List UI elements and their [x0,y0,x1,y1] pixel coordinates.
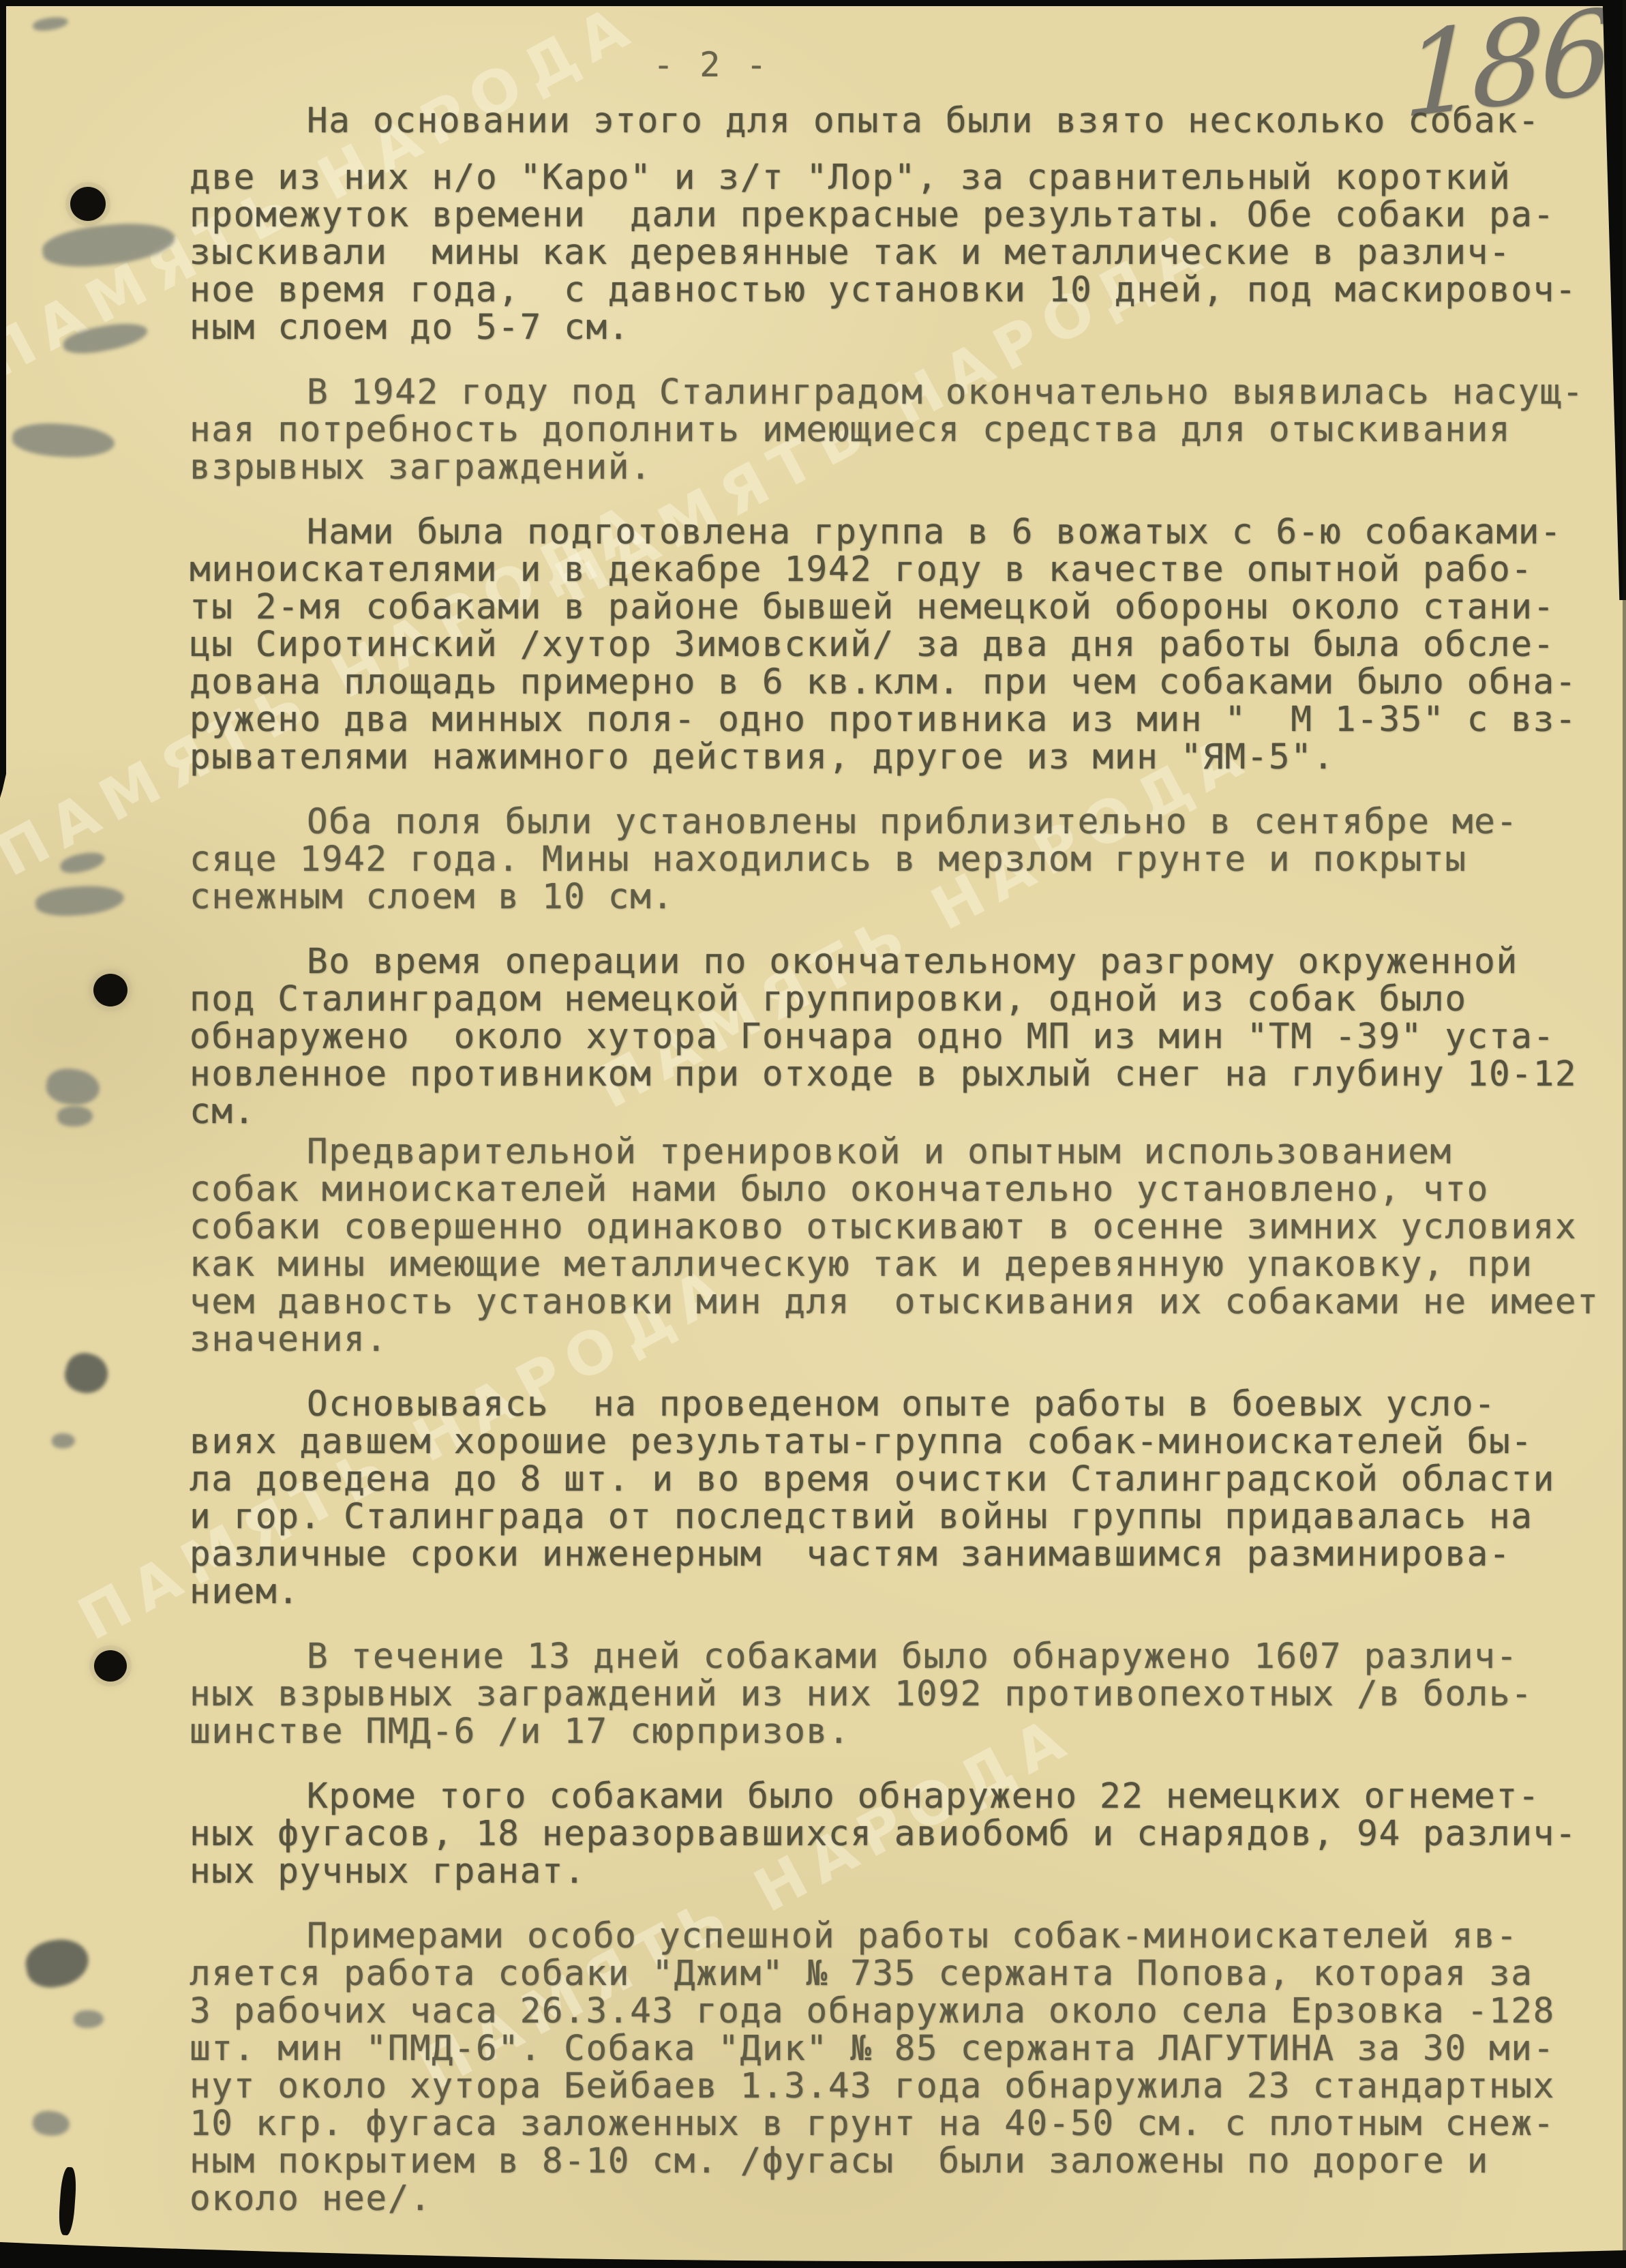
text-line: как мины имеющие металлическую так и дер… [190,1246,1621,1283]
text-line: шт. мин "ПМД-6". Собака "Дик" № 85 сержа… [190,2030,1621,2068]
text-line: В течение 13 дней собаками было обнаруже… [190,1638,1621,1675]
paragraph: Оба поля были установлены приблизительно… [190,803,1621,916]
text-line: новленное противником при отходе в рыхлы… [190,1056,1621,1093]
ink-smudge [59,849,106,876]
text-line: ляется работа собаки "Джим" № 735 сержан… [190,1955,1621,1993]
text-line: различные сроки инженерным частям занима… [190,1536,1621,1573]
paragraph: На основании этого для опыта были взято … [190,102,1621,346]
paragraph: В 1942 году под Сталинградом окончательн… [190,374,1621,486]
ink-smudge [52,1433,75,1448]
text-line: 10 кгр. фугаса заложенных в грунт на 40-… [190,2105,1621,2143]
paragraph: Предварительной тренировкой и опытным ис… [190,1133,1621,1358]
ink-smudge [61,318,149,357]
text-line: Предварительной тренировкой и опытным ис… [190,1133,1621,1171]
text-line: виях давшем хорошие результаты-группа со… [190,1423,1621,1461]
text-line: ная потребность дополнить имеющиеся сред… [190,411,1621,449]
text-line: и гор. Сталинграда от последствий войны … [190,1498,1621,1536]
paragraph: Во время операции по окончательному разг… [190,943,1621,1131]
document-body: На основании этого для опыта были взято … [190,102,1621,2245]
text-line: ным покрытием в 8-10 см. /фугасы были за… [190,2143,1621,2180]
scan-border-top [0,0,1626,6]
text-line: сяце 1942 года. Мины находились в мерзло… [190,841,1621,878]
text-line: шинстве ПМД-6 /и 17 сюрпризов. [190,1713,1621,1750]
text-line: зыскивали мины как деревянные так и мета… [190,234,1621,271]
text-line: ты 2-мя собаками в районе бывшей немецко… [190,588,1621,626]
ink-smudge [44,1066,102,1108]
text-line: 3 рабочих часа 26.3.43 года обнаружила о… [190,1993,1621,2030]
paragraph: Кроме того собаками было обнаружено 22 н… [190,1778,1621,1890]
text-line: чем давность установки мин для отыскиван… [190,1283,1621,1321]
ink-smudge [32,15,69,32]
text-line: Нами была подготовлена группа в 6 вожаты… [190,513,1621,551]
text-line: ным слоем до 5-7 см. [190,309,1621,346]
ink-smudge [22,1935,92,1992]
scan-border-left [0,0,6,798]
text-line: миноискателями и в декабре 1942 году в к… [190,551,1621,588]
text-line: значения. [190,1321,1621,1358]
text-line: собаки совершенно одинаково отыскивают в… [190,1208,1621,1246]
text-line: собак миноискателей нами было окончатель… [190,1171,1621,1208]
paragraph: Примерами особо успешной работы собак-ми… [190,1918,1621,2218]
scan-border-bottom [0,2220,1626,2268]
text-line: Примерами особо успешной работы собак-ми… [190,1918,1621,1955]
text-line: под Сталинградом немецкой группировки, о… [190,981,1621,1018]
text-line: Кроме того собаками было обнаружено 22 н… [190,1778,1621,1815]
ink-smudge [31,2109,70,2137]
ink-smudge [61,1349,112,1399]
text-line: цы Сиротинский /хутор Зимовский/ за два … [190,626,1621,663]
paragraph: Основываясь на проведеном опыте работы в… [190,1386,1621,1611]
paragraph: Нами была подготовлена группа в 6 вожаты… [190,513,1621,776]
text-line: ных фугасов, 18 неразорвавшихся авиобомб… [190,1815,1621,1853]
punch-hole [94,1650,127,1682]
ink-smudge [12,421,116,460]
text-line: две из них н/о "Каро" и з/т "Лор", за ср… [190,159,1621,196]
paragraph: В течение 13 дней собаками было обнаруже… [190,1638,1621,1750]
text-line: На основании этого для опыта были взято … [190,102,1621,140]
ink-smudge [74,2010,104,2028]
text-line: дована площадь примерно в 6 кв.клм. при … [190,663,1621,701]
text-line: рывателями нажимного действия, другое из… [190,738,1621,776]
text-line: взрывных заграждений. [190,449,1621,486]
text-line: около нее/. [190,2180,1621,2218]
text-line: нут около хутора Бейбаев 1.3.43 года обн… [190,2068,1621,2105]
text-line: Оба поля были установлены приблизительно… [190,803,1621,841]
text-line: см. [190,1093,1621,1131]
text-line: ла доведена до 8 шт. и во время очистки … [190,1461,1621,1498]
text-line: ружено два минных поля- одно противника … [190,701,1621,738]
text-line: ное время года, с давностью установки 10… [190,271,1621,309]
text-line: обнаружено около хутора Гончара одно МП … [190,1018,1621,1056]
scanned-page: ПАМЯТЬ НАРОДА ПАМЯТЬ НАРОДА ПАМЯТЬ НАРОД… [0,0,1626,2268]
text-line: ных взрывных заграждений из них 1092 про… [190,1675,1621,1713]
text-line: снежным слоем в 10 см. [190,878,1621,916]
page-number: - 2 - [653,45,770,85]
punch-hole [93,974,127,1006]
ink-smudge [41,218,177,271]
text-line: ных ручных гранат. [190,1853,1621,1890]
ink-smudge [57,1106,93,1126]
punch-hole [70,187,106,221]
text-line: В 1942 году под Сталинградом окончательн… [190,374,1621,411]
ink-smudge [35,884,125,919]
text-line: Основываясь на проведеном опыте работы в… [190,1386,1621,1423]
text-line: промежуток времени дали прекрасные резул… [190,196,1621,234]
text-line: Во время операции по окончательному разг… [190,943,1621,981]
scan-border-right-line [1623,0,1626,2268]
text-line: нием. [190,1573,1621,1611]
